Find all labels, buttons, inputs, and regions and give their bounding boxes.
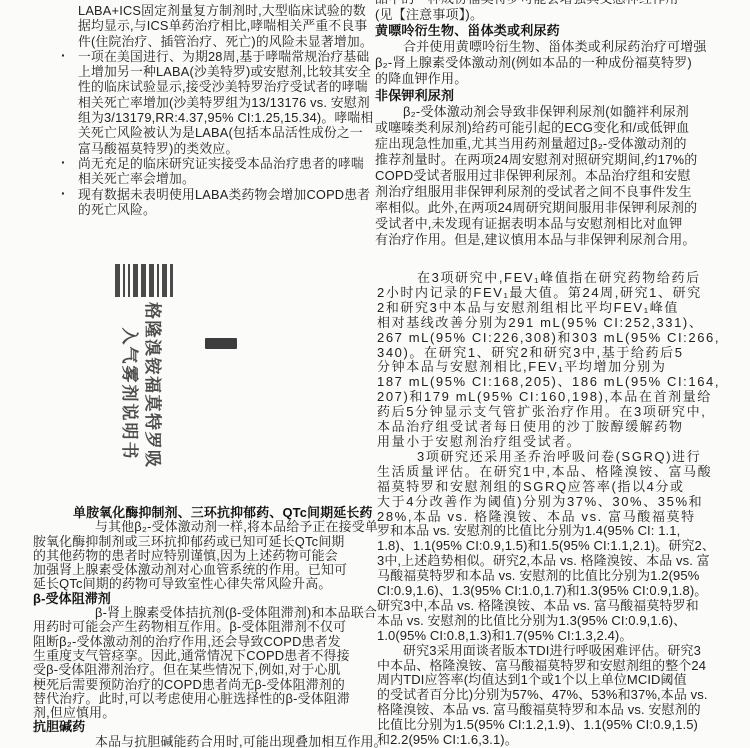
text-line: 大于4分改善作为阈值)分别为37%、30%、35%和: [377, 495, 750, 510]
text-line: (见【注意事项】)。: [375, 7, 750, 23]
text-line: 周内TDI应答率(均值达到1个或1个以上单位MCID阈值: [377, 673, 750, 688]
text-line: 本品 vs. 安慰剂的比值比分别为1.3(95% CI:0.9,1.6)、: [377, 614, 750, 629]
text-line: 推荐剂量时。在两项24周安慰剂对照研究期间,约17%的: [375, 152, 750, 168]
text-line: 组为3/13179,RR:4.37,95% CI:1.25,15.34)。哮喘相: [78, 110, 378, 125]
text-line: 阻断β₂-受体激动剂的治疗作用,还会导致COPD患者发: [33, 635, 375, 649]
text-line: 替代治疗。此时,可以考虑使用心脏选择性的β-受体阻滞: [33, 692, 375, 706]
text-line: 罗和本品 vs. 安慰剂的比值比分别为1.4(95% CI: 1.1,: [377, 524, 750, 539]
text-line: 症出现急性加重,尤其当用药剂量超过β₂-受体激动剂的: [375, 136, 750, 152]
text-line: 本品与抗胆碱能药合用时,可能出现叠加相互作用。: [33, 735, 375, 748]
text-line: β-肾上腺素受体拮抗剂(β-受体阻滞剂)和本品联合: [33, 606, 375, 620]
text-line: 3项研究还采用圣乔治呼吸问卷(SGRQ)进行: [377, 450, 750, 465]
text-line: 剂,但应慎用。: [33, 706, 375, 720]
barcode-icon: [115, 264, 173, 297]
text-line: 格隆溴铵、本品 vs. 富马酸福莫特罗和本品 vs. 安慰剂的: [377, 703, 750, 718]
text-line: 受β-受体阻滞剂治疗。但在某些情况下,例如,对于心肌: [33, 663, 375, 677]
text-line: 1.8)、1.1(95% CI:0.9,1.5)和1.5(95% CI:1.1,…: [377, 539, 750, 554]
text-line: β₂-受体激动剂会导致非保钾利尿剂(如髓袢利尿剂: [375, 104, 750, 120]
text-line: 性的临床试验显示,接受沙美特罗治疗受试者的哮喘: [78, 79, 378, 94]
text-line: 梗死后需要预防治疗的COPD患者尚无β-受体阻滞剂的: [33, 678, 375, 692]
text-line: 在3项研究中,FEV₁峰值指在研究药物给药后: [377, 271, 750, 286]
right-column-interactions-text: 品中的一种成份福莫特罗可能会增强其交感神经作用(见【注意事项】)。黄嘌呤衍生物、…: [375, 0, 750, 249]
text-line: 相关死亡率会增加。: [78, 171, 378, 186]
text-line: 关死亡风险被认为是LABA(包括本品活性成份之一: [78, 125, 378, 140]
text-line: 分钟本品与安慰剂相比,FEV₁平均增加分别为: [377, 360, 750, 375]
text-line: 相对基线改善分别为291 mL(95% CI:252,331)、: [377, 316, 750, 331]
text-line: 合并使用黄嘌呤衍生物、甾体类或利尿药治疗可增强: [375, 39, 750, 55]
text-line: LABA+ICS固定剂量复方制剂时,大型临床试验的数: [78, 3, 378, 18]
text-line: 187 mL(95% CI:168,205)、186 mL(95% CI:164…: [377, 375, 750, 390]
spine-title-line1: 格隆溴铵福莫特罗吸: [141, 302, 164, 486]
text-line: 生重度支气管痉挛。因此,通常情况下COPD患者不得接: [33, 649, 375, 663]
text-line: 的死亡风险。: [78, 202, 378, 217]
right-column-clinical-text: 在3项研究中,FEV₁峰值指在研究药物给药后2小时内记录的FEV₁最大值。第24…: [377, 271, 750, 748]
text-line: 2小时内记录的FEV₁最大值。第24周,研究1、研究: [377, 286, 750, 301]
document-page: { "page": { "title": "格隆溴铵福莫特罗吸入气雾剂说明书",…: [0, 0, 750, 748]
text-line: 福莫特罗和安慰剂组的SGRQ应答率(指以4分或: [377, 480, 750, 495]
text-line: 有治疗作用。但是,建议慎用本品与非保钾利尿剂合用。: [375, 232, 750, 248]
text-line: 抗胆碱药: [33, 720, 375, 734]
text-line: 件(住院治疗、插管治疗、死亡)的风险未显著增加。: [78, 34, 378, 49]
text-line: 用量小于安慰剂治疗组受试者。: [377, 435, 750, 450]
left-column-interactions-text: 单胺氧化酶抑制剂、三环抗抑郁药、QTc间期延长药与其他β₂-受体激动剂一样,将本…: [33, 506, 375, 748]
text-line: 与其他β₂-受体激动剂一样,将本品给予正在接受单: [33, 520, 375, 534]
text-line: 340)。在研究1、研究2和研究3中,基于给药后5: [377, 346, 750, 361]
text-line: 本品治疗组受试者每日使用的沙丁胺醇缓解药物: [377, 420, 750, 435]
text-line: 非保钾利尿剂: [375, 88, 750, 104]
text-line: 和2.2(95% CI:1.6,3.1)。: [377, 733, 750, 748]
text-line: 研究3采用面谈者版本TDI进行呼吸困难评估。研究3: [377, 644, 750, 659]
text-line: 267 mL(95% CI:226,308)和303 mL(95% CI:266…: [377, 331, 750, 346]
text-line: 一项在美国进行、为期28周,基于哮喘常规治疗基础: [78, 49, 378, 64]
text-line: β₂-肾上腺素受体激动剂(例如本品的一种成份福莫特罗): [375, 55, 750, 71]
text-line: 28%,本品 vs. 格隆溴铵、本品 vs. 富马酸福莫特: [377, 510, 750, 525]
left-column-warning-text: LABA+ICS固定剂量复方制剂时,大型临床试验的数据均显示,与ICS单药治疗相…: [78, 3, 378, 217]
text-line: 中本品、格隆溴铵、富马酸福莫特罗和安慰剂组的整个24: [377, 659, 750, 674]
print-registration-mark-icon: [205, 338, 237, 349]
text-line: 相关死亡率增加(沙美特罗组为13/13176 vs. 安慰剂: [78, 95, 378, 110]
text-line: 剂治疗组服用非保钾利尿剂的受试者之间不良事件发生: [375, 184, 750, 200]
text-line: 207)和179 mL(95% CI:160,198),本品在首剂量给: [377, 390, 750, 405]
spine-title-line2: 入气雾剂说明书: [118, 302, 141, 486]
text-line: 受试者中,未发现有证据表明本品与安慰剂相比对血钾: [375, 216, 750, 232]
text-line: 的降血钾作用。: [375, 71, 750, 87]
text-line: 的受试者百分比)分别为57%、47%、53%和37%,本品 vs.: [377, 688, 750, 703]
text-line: 马酸福莫特罗和本品 vs. 安慰剂的比值比分别为1.2(95%: [377, 569, 750, 584]
text-line: COPD受试者服用过非保钾利尿剂。本品治疗组和安慰: [375, 168, 750, 184]
text-line: β-受体阻滞剂: [33, 592, 375, 606]
text-line: 药后5分钟显示支气管扩张治疗作用。在3项研究中,: [377, 405, 750, 420]
text-line: 单胺氧化酶抑制剂、三环抗抑郁药、QTc间期延长药: [33, 506, 375, 520]
text-line: 尚无充足的临床研究证实接受本品治疗患者的哮喘: [78, 156, 378, 171]
text-line: 加强肾上腺素受体激动剂对心血管系统的作用。已知可: [33, 563, 375, 577]
text-line: 生活质量评估。在研究1中,本品、格隆溴铵、富马酸: [377, 465, 750, 480]
text-line: 延长QTc间期的药物可导致室性心律失常风险升高。: [33, 577, 375, 591]
text-line: CI:0.9,1.6)、1.3(95% CI:1.0,1.7)和1.3(95% …: [377, 584, 750, 599]
text-line: 或噻嗪类利尿剂)给药可能引起的ECG变化和/或低钾血: [375, 120, 750, 136]
text-line: 3中,上述趋势相似。研究2,本品 vs. 格隆溴铵、本品 vs. 富: [377, 554, 750, 569]
text-line: 现有数据未表明使用LABA类药物会增加COPD患者: [78, 187, 378, 202]
text-line: 品中的一种成份福莫特罗可能会增强其交感神经作用: [375, 0, 750, 7]
text-line: 富马酸福莫特罗)的类效应。: [78, 141, 378, 156]
text-line: 用药时可能会产生药物相互作用。β-受体阻滞剂不仅可: [33, 620, 375, 634]
text-line: 1.0(95% CI:0.8,1.3)和1.7(95% CI:1.3,2.4)。: [377, 629, 750, 644]
text-line: 胺氧化酶抑制剂或三环抗抑郁药或已知可延长QTc间期: [33, 535, 375, 549]
text-line: 比值比分别为1.5(95% CI:1.2,1.9)、1.1(95% CI:0.9…: [377, 718, 750, 733]
text-line: 2和研究3中本品与安慰剂组相比平均FEV₁峰值: [377, 301, 750, 316]
text-line: 的其他药物的患者时应特别谨慎,因为上述药物可能会: [33, 549, 375, 563]
text-line: 黄嘌呤衍生物、甾体类或利尿药: [375, 23, 750, 39]
text-line: 研究3中,本品 vs. 格隆溴铵、本品 vs. 富马酸福莫特罗和: [377, 599, 750, 614]
text-line: 上增加另一种LABA(沙美特罗)或安慰剂,比较其安全: [78, 64, 378, 79]
text-line: 率相似。此外,在两项24周研究期间服用非保钾利尿剂的: [375, 200, 750, 216]
text-line: 据均显示,与ICS单药治疗相比,哮喘相关严重不良事: [78, 18, 378, 33]
